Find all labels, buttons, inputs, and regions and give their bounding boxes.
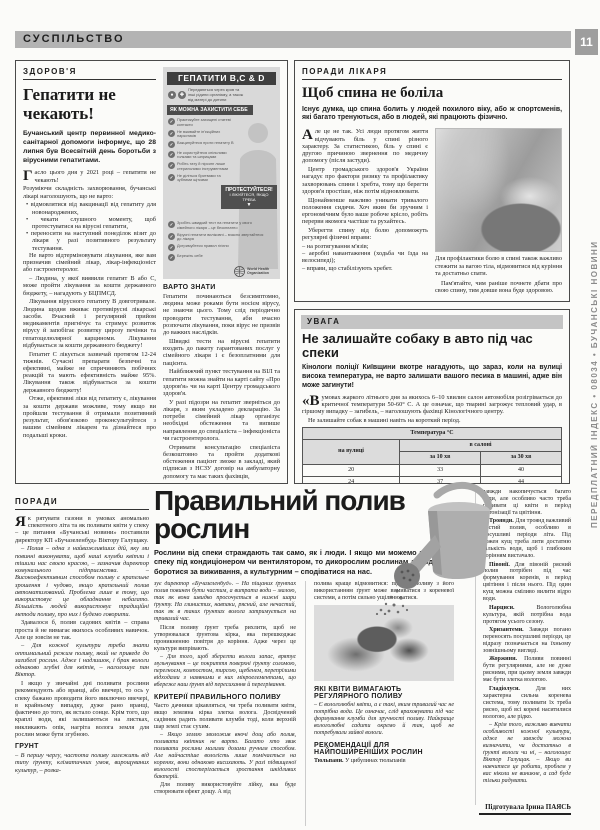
watering-column-1: зує директор «Бучазеленбуд». – На піщани… [154, 581, 296, 826]
flower-paragraph: Тюльпани. У цибулинах тюльпанів [314, 758, 454, 765]
page-number: 11 [575, 29, 598, 55]
paragraph: Для профілактики болю в спині також важл… [435, 255, 562, 277]
doctor-kicker: ПОРАДИ ЛІКАРЯ [302, 67, 562, 80]
paragraph: Не залишайте собак в машині навіть на ко… [302, 417, 562, 424]
tips-kicker: ПОРАДИ [15, 497, 149, 510]
attention-article: УВАГА Не залишайте собаку в авто під час… [294, 309, 570, 484]
paragraph: Але це не так. Усі люди протягом життя в… [302, 128, 428, 164]
health-bullet-list: відмовлятися від вакцинації від гепатиту… [23, 201, 156, 252]
paragraph: Після поливу ґрунт треба рихлити, щоб не… [154, 625, 296, 653]
doctor-text-column: Але це не так. Усі люди протягом життя в… [302, 128, 428, 296]
health-article: ЗДОРОВ'Я Гепатити не чекають! Бучанський… [15, 60, 288, 484]
byline: Підготувала Ірина ПАЯСЬ [479, 803, 571, 815]
list-item: – вправи, що стабілізують хребет. [302, 265, 428, 272]
tips-column: ПОРАДИ Як рятувати газони в умовах анома… [15, 497, 149, 823]
dropcap: Г [23, 170, 33, 182]
column-header: за 30 хв [481, 452, 562, 464]
exercise-list: – на розтягування м'язів; – аеробні нава… [302, 243, 428, 272]
paragraph: Щонайменше важливо уникати тривалого пол… [302, 197, 428, 226]
infographic-item: Дотримуйтеся правил гігієни [177, 244, 229, 248]
infographic-item: Практикуйте захищені статеві контакти [177, 118, 234, 127]
infographic-transmission: Передаються через кров та інші рідини ор… [188, 88, 246, 102]
infographic-item: Вакцинуйтеся проти гепатиту B [177, 141, 234, 145]
quote-paragraph: – Якщо землю зволожив вночі дощ або поли… [154, 732, 296, 781]
quote-paragraph: – В першу чергу, частота поливу залежить… [15, 752, 149, 774]
get-tested-box: ПРОТЕСТУЙТЕСЯ! І ЛІКУЙТЕСЯ, ЯКЩО ТРЕБА ▼ [221, 185, 277, 209]
arrow-down-icon: ▼ [223, 203, 275, 208]
paragraph: У разі підозри на гепатит зверніться до … [163, 399, 280, 442]
paragraph: – Людина, у якої виявили гепатит В або С… [23, 275, 156, 297]
check-icon: ✓ [168, 174, 175, 181]
list-item: – аеробні навантаження (ходьба чи їзда н… [302, 250, 428, 264]
list-item: – на розтягування м'язів; [302, 243, 428, 250]
paragraph: Гепатит С лікується зазвичай протягом 12… [23, 351, 156, 394]
infographic-item: Робіть тату й пірсинг лише стерильними і… [177, 162, 234, 171]
list-item: переносити на наступний понеділок візит … [32, 230, 156, 252]
criteria-subheading: КРИТЕРІЇ ПРАВИЛЬНОГО ПОЛИВУ [154, 694, 296, 701]
health-kicker: ЗДОРОВ'Я [23, 67, 156, 80]
infographic-item: Не користуйтеся спільними голками та шпр… [177, 151, 234, 160]
syringe-icon: ✚ [178, 91, 186, 99]
paragraph: Розуміючи складність захворювання, бучан… [23, 185, 156, 199]
back-pain-photo [435, 128, 562, 252]
quote-paragraph: зує директор «Бучазеленбуд». – На піщани… [154, 581, 296, 623]
paragraph: І якщо у звичайні дні поливати рослини р… [15, 680, 149, 738]
health-article-text-column: ЗДОРОВ'Я Гепатити не чекають! Бучанський… [23, 67, 156, 481]
paragraph: Для поливу використовуйте лійку, яка буд… [154, 782, 296, 796]
check-icon: ✓ [168, 162, 175, 169]
know-heading: ВАРТО ЗНАТИ [163, 284, 280, 291]
quote-paragraph: – Є вологолюбні квіти, а є такі, яким тр… [314, 702, 454, 737]
paragraph: Отже, ефективні ліки від гепатиту є, лік… [23, 395, 156, 438]
column-header: за 10 хв [400, 452, 481, 464]
dropcap: Я [15, 516, 26, 528]
check-icon: ✓ [168, 118, 175, 125]
infographic-item: Зробіть швидкий тест на гепатити у свого… [177, 221, 268, 230]
check-icon: ✓ [168, 151, 175, 158]
who-logo-label: World Health Organization [247, 268, 277, 276]
watering-column-2: полива краще відмовитися: під час поливу… [305, 581, 454, 826]
paragraph: «Вумовах жаркого літнього дня за якихось… [302, 394, 562, 416]
soil-photo [314, 605, 454, 681]
doctor-lead: Існує думка, що спина болить у людей пох… [302, 106, 562, 124]
column-header: в салоні [400, 440, 562, 452]
which-flowers-subheading: ЯКІ КВІТИ ВИМАГАЮТЬ РЕГУЛЯРНОГО ПОЛИВУ [314, 686, 454, 700]
quote-paragraph: – Для кожної культури треба знати оптима… [15, 642, 149, 678]
newspaper-page: СУСПІЛЬСТВО 11 ПЕРЕДПЛАТНИЙ ІНДЕКС • 080… [0, 0, 600, 830]
spine-text: ПЕРЕДПЛАТНИЙ ІНДЕКС • 08034 • БУЧАНСЬКІ … [590, 58, 599, 528]
column-header: на вулиці [303, 440, 400, 464]
doctor-title: Щоб спина не боліла [302, 85, 562, 102]
quote-paragraph: – Крім того, важливо вивчати особливості… [483, 722, 571, 785]
table-header: Температура °С [303, 427, 562, 439]
health-title: Гепатити не чекають! [23, 85, 156, 123]
check-icon: ✓ [168, 254, 175, 261]
paragraph: Гасло цього дня у 2021 році – гепатити н… [23, 169, 156, 183]
hepatitis-infographic: ГЕПАТИТИ В,С & D ● ✚ Передаються через к… [163, 67, 280, 279]
flower-paragraph: Жоржини. Поливи повинні бути регулярними… [483, 656, 571, 684]
check-icon: ✓ [168, 233, 175, 240]
flower-paragraph: Гладіолуси. Для них характерна сильна ко… [483, 686, 571, 721]
check-icon: ✓ [168, 221, 175, 228]
list-item: чекати слушного моменту, щоб протестуват… [32, 216, 156, 230]
paragraph: Як рятувати газони в умовах аномально сп… [15, 515, 149, 544]
infographic-protect-heading: ЯК МОЖНА ЗАХИСТИТИ СЕБЕ [167, 105, 253, 115]
doctor-photo-column: Для профілактики болю в спині також важл… [435, 128, 562, 296]
paragraph: Отримати консультацію спеціаліста безкош… [163, 444, 280, 480]
blood-drop-icon: ● [168, 91, 176, 99]
check-icon: ✓ [168, 244, 175, 251]
infographic-item: Бережіть себе [177, 254, 203, 258]
flower-paragraph: Хризантеми. Завжди погано переносять пос… [483, 627, 571, 655]
attention-title: Не залишайте собаку в авто під час спеки [302, 332, 562, 361]
soil-subheading: ГРУНТ [15, 743, 149, 750]
check-icon: ✓ [168, 130, 175, 137]
paragraph: Здавалося б, полив садових квітів – спра… [15, 619, 149, 641]
paragraph: Центр громадського здоров'я України нага… [302, 166, 428, 195]
who-logo-icon [234, 266, 245, 277]
watering-can-icon [367, 477, 505, 615]
health-article-side-column: ГЕПАТИТИ В,С & D ● ✚ Передаються через к… [163, 67, 280, 481]
section-header: СУСПІЛЬСТВО [15, 31, 571, 48]
paragraph: Уберегти спину від болю допоможуть регул… [302, 227, 428, 241]
paragraph: Не варто відтерміновувати лікування, яке… [23, 252, 156, 274]
paragraph: Пам'ятайте, чим раніше почнете дбати про… [435, 280, 562, 294]
infographic-item: Вірусні гепатити виліковні – вчасно звер… [177, 233, 268, 242]
infographic-item: Не діліться бритвами та зубними щітками [177, 174, 234, 183]
paragraph: Гепатити починаються безсимптомно, людин… [163, 293, 280, 336]
attention-lead: Кінологи поліції Київщини вкотре нагадую… [302, 364, 562, 391]
quote-paragraph: – Для того, щоб зберегти вологи запас, в… [154, 654, 296, 689]
table-row: 203340 [303, 464, 562, 476]
quote-paragraph: – Полив – одна з найважливіших дій, яку … [15, 545, 149, 617]
dropcap: «В [302, 395, 320, 407]
dropcap: А [302, 129, 313, 141]
health-lead: Бучанський центр первинної медико-саніта… [23, 130, 156, 165]
temperature-table: Температура °С на вулиці в салоні за 10 … [302, 427, 562, 484]
paragraph: Лікування вірусного гепатиту В довготрив… [23, 298, 156, 349]
watering-article: Правильний полив рослин Рослини від спек… [154, 487, 571, 823]
infographic-title: ГЕПАТИТИ В,С & D [167, 72, 276, 85]
recommendations-subheading: РЕКОМЕНДАЦІЇ ДЛЯ НАЙПОШИРЕНІШИХ РОСЛИН [314, 742, 454, 756]
infographic-item: Не вживайте ін'єкційних наркотиків [177, 130, 234, 139]
check-icon: ✓ [168, 141, 175, 148]
paragraph: Найближчий пункт тестування на ВІЛ та ге… [163, 368, 280, 397]
paragraph: Часто дачники цікавляться, чи треба поли… [154, 703, 296, 731]
paragraph: Швидкі тести на вірусні гепатити входять… [163, 338, 280, 367]
doctor-advice-article: ПОРАДИ ЛІКАРЯ Щоб спина не боліла Існує … [294, 60, 570, 302]
list-item: відмовлятися від вакцинації від гепатиту… [32, 201, 156, 215]
attention-kicker: УВАГА [301, 315, 563, 329]
